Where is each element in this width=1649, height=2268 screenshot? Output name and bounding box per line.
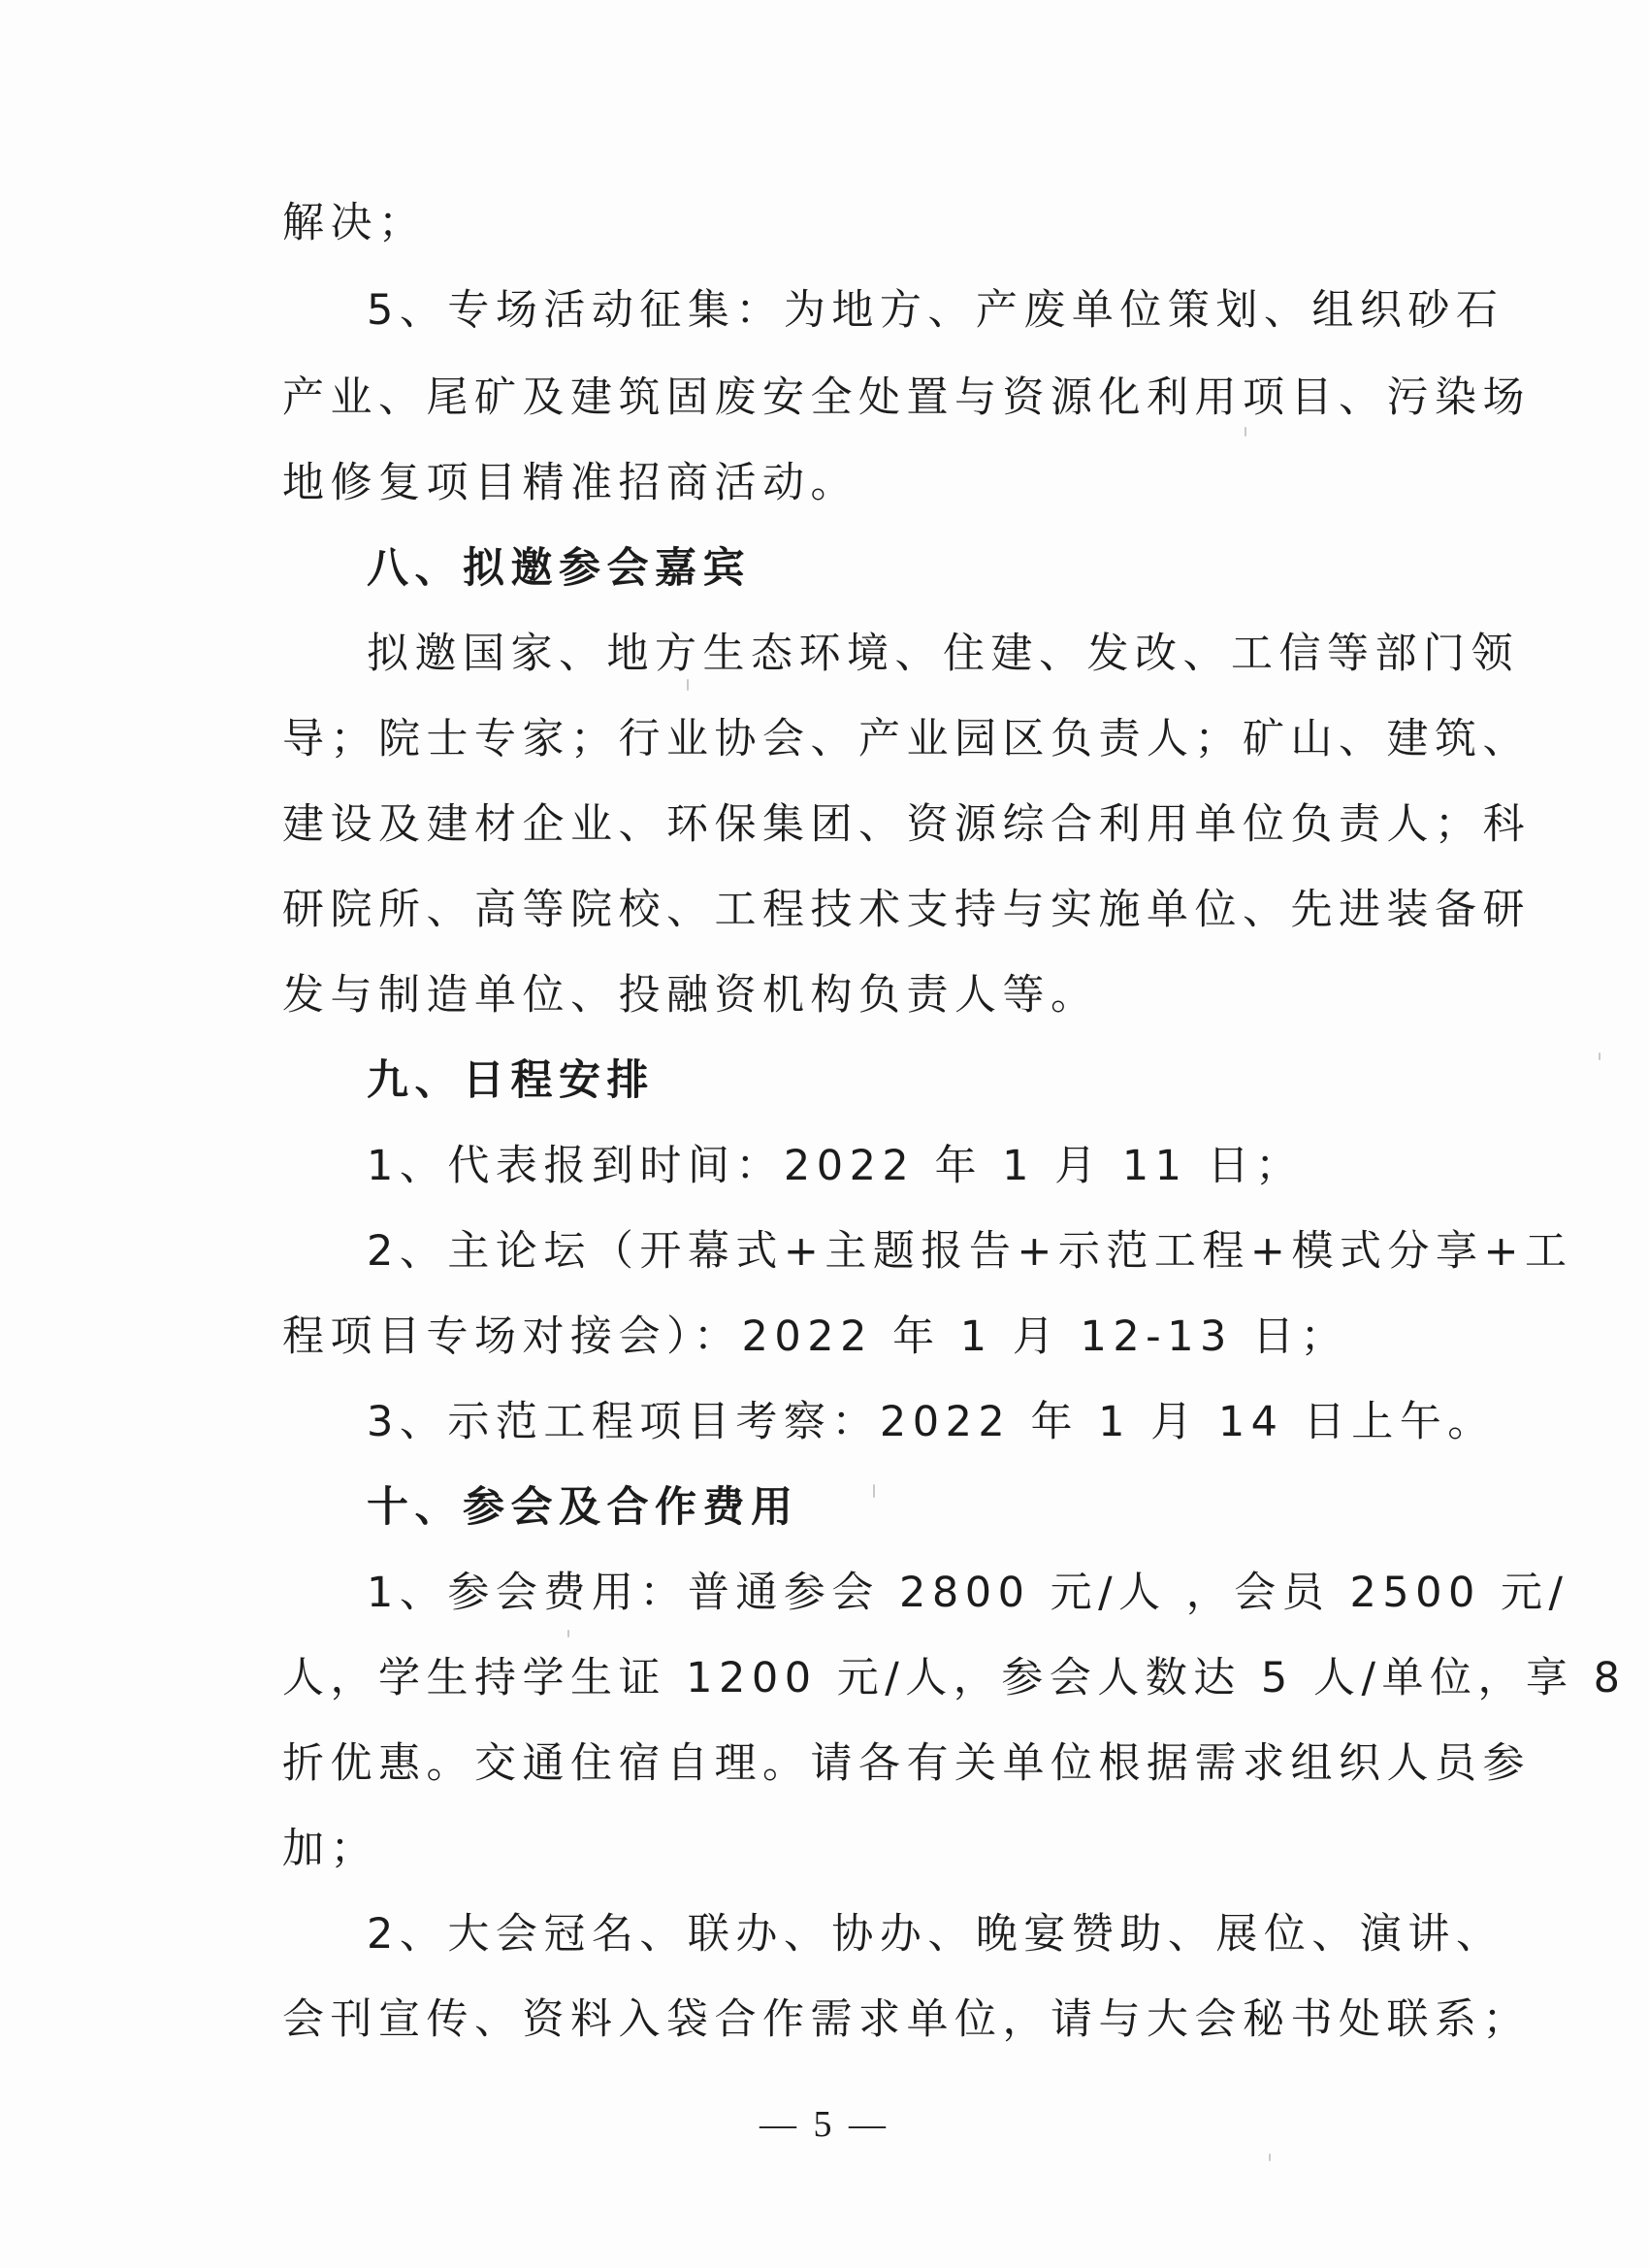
paragraph-line: 拟邀国家、地方生态环境、住建、发改、工信等部门领 [367,625,1519,683]
paragraph-line: 发与制造单位、投融资机构负责人等。 [282,966,1099,1024]
schedule-item-site-visit: 3、示范工程项目考察：2022 年 1 月 14 日上午。 [367,1393,1496,1451]
fee-item-line: 1、参会费用：普通参会 2800 元/人 ，会员 2500 元/ [367,1564,1569,1622]
schedule-item-main-forum: 2、主论坛（开幕式+主题报告+示范工程+模式分享+工 [367,1222,1572,1280]
fee-item-line: 折优惠。交通住宿自理。请各有关单位根据需求组织人员参 [282,1734,1531,1793]
scan-speck [873,1484,875,1498]
cooperation-item-line: 会刊宣传、资料入袋合作需求单位，请与大会秘书处联系； [282,1991,1531,2049]
scan-speck [567,1630,569,1637]
fee-item-line: 加； [282,1820,378,1878]
document-page: 解决； 5、专场活动征集：为地方、产废单位策划、组织砂石 产业、尾矿及建筑固废安… [0,0,1649,2268]
paragraph-line: 地修复项目精准招商活动。 [282,454,858,512]
scan-speck [1599,1053,1600,1060]
paragraph-line: 导；院士专家；行业协会、产业园区负责人；矿山、建筑、 [282,710,1531,768]
fee-item-line: 人，学生持学生证 1200 元/人，参会人数达 5 人/单位，享 8 [282,1649,1626,1707]
schedule-item-registration: 1、代表报到时间：2022 年 1 月 11 日； [367,1137,1304,1195]
scan-speck [687,679,689,691]
scan-speck [1245,427,1246,437]
section-heading-guests: 八、拟邀参会嘉宾 [367,539,751,598]
paragraph-line: 产业、尾矿及建筑固废安全处置与资源化利用项目、污染场 [282,369,1531,427]
paragraph-line: 5、专场活动征集：为地方、产废单位策划、组织砂石 [367,281,1503,340]
schedule-item-main-forum-cont: 程项目专场对接会）：2022 年 1 月 12-13 日； [282,1308,1348,1366]
section-heading-fees: 十、参会及合作费用 [367,1478,799,1537]
scan-speck [1269,2154,1271,2161]
section-heading-schedule: 九、日程安排 [367,1052,655,1110]
paragraph-line: 解决； [282,194,427,252]
paragraph-line: 研院所、高等院校、工程技术支持与实施单位、先进装备研 [282,881,1531,939]
paragraph-line: 建设及建材企业、环保集团、资源综合利用单位负责人；科 [282,795,1531,854]
cooperation-item-line: 2、大会冠名、联办、协办、晚宴赞助、展位、演讲、 [367,1905,1503,1963]
page-number: — 5 — [0,2103,1649,2146]
